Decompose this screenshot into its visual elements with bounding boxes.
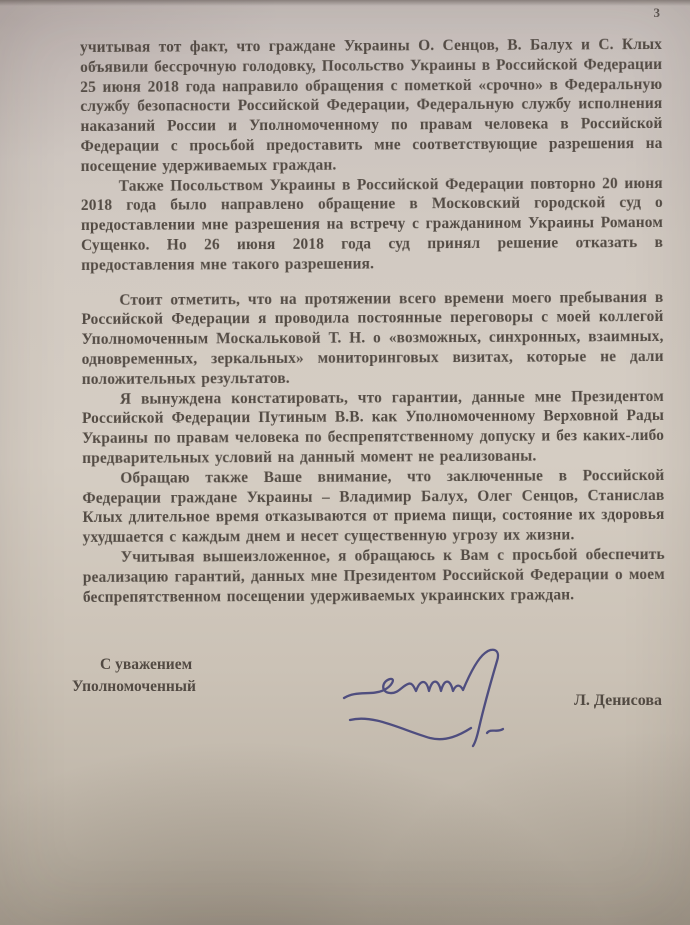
paragraph: Я вынуждена констатировать, что гарантии… [82, 386, 664, 468]
closing-block: С уважением Уполномоченный [72, 654, 196, 697]
document-photo: 3 учитывая тот факт, что граждане Украин… [0, 0, 690, 925]
paragraph: Также Посольством Украины в Российской Ф… [81, 174, 664, 276]
handwritten-signature [338, 640, 518, 750]
signature-stroke-main [344, 650, 498, 746]
page-number: 3 [654, 5, 661, 21]
signature-stroke-tilde [487, 729, 503, 733]
closing-role: Уполномоченный [72, 676, 196, 698]
signature-stroke-flourish [350, 719, 471, 739]
signatory-name: Л. Денисова [574, 692, 662, 710]
paragraph: Обращаю также Ваше внимание, что заключе… [82, 466, 664, 548]
paragraph: учитывая тот факт, что граждане Украины … [80, 35, 663, 177]
paragraph: Стоит отметить, что на протяжении всего … [81, 288, 664, 390]
document-body: учитывая тот факт, что граждане Украины … [80, 35, 665, 607]
paragraph: Учитывая вышеизложенное, я обращаюсь к В… [83, 545, 665, 607]
closing-salutation: С уважением [72, 654, 196, 676]
